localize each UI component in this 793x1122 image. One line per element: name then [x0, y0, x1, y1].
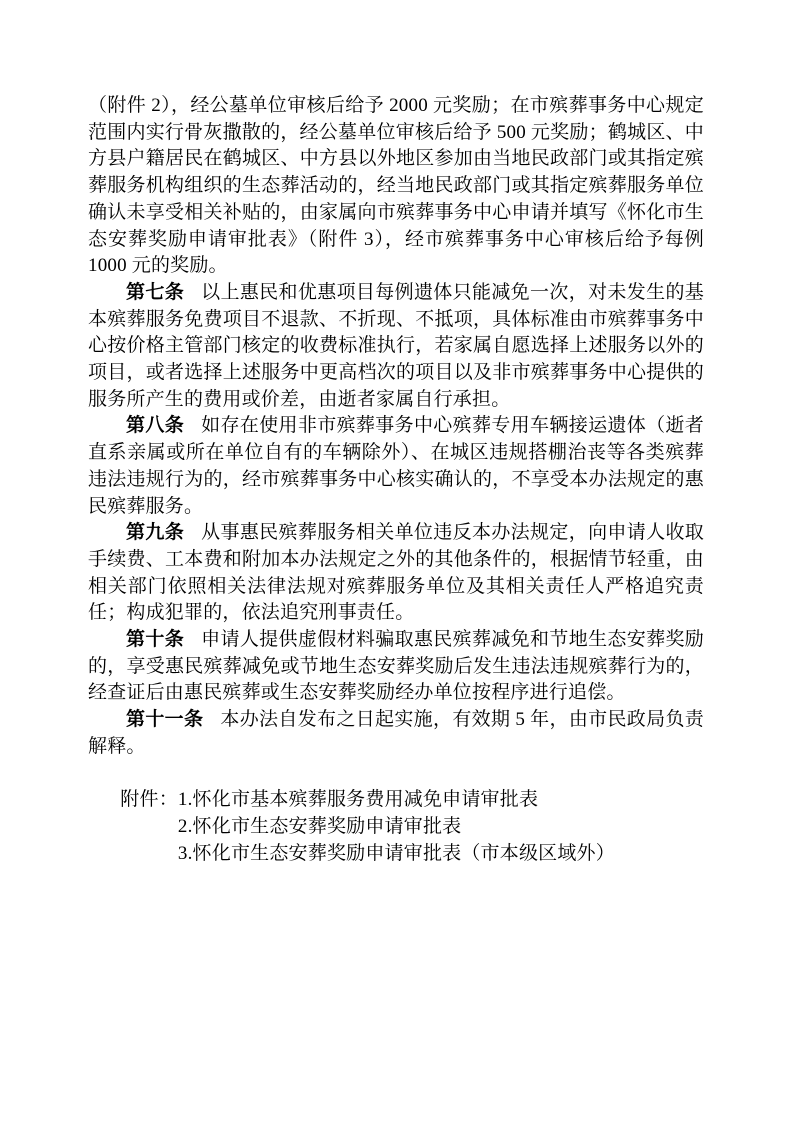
attachment-item: 3.怀化市生态安葬奖励申请审批表（市本级区域外） [178, 841, 615, 868]
document-body: （附件 2），经公墓单位审核后给予 2000 元奖励；在市殡葬事务中心规定范围内… [88, 93, 704, 867]
article-paragraph-10: 第十条申请人提供虚假材料骗取惠民殡葬减免和节地生态安葬奖励的，享受惠民殡葬减免或… [88, 627, 704, 707]
attachments-label: 附件： [120, 787, 178, 814]
continuation-paragraph: （附件 2），经公墓单位审核后给予 2000 元奖励；在市殡葬事务中心规定范围内… [88, 93, 704, 280]
attachments-list: 1.怀化市基本殡葬服务费用减免申请审批表 2.怀化市生态安葬奖励申请审批表 3.… [178, 787, 615, 867]
article-number: 第七条 [126, 282, 184, 303]
article-number: 第九条 [126, 522, 184, 543]
attachment-item: 1.怀化市基本殡葬服务费用减免申请审批表 [178, 787, 615, 814]
paragraph-text: （附件 2），经公墓单位审核后给予 2000 元奖励；在市殡葬事务中心规定范围内… [88, 95, 704, 276]
article-number: 第八条 [126, 415, 184, 436]
article-paragraph-9: 第九条从事惠民殡葬服务相关单位违反本办法规定，向申请人收取手续费、工本费和附加本… [88, 520, 704, 627]
document-page: （附件 2），经公墓单位审核后给予 2000 元奖励；在市殡葬事务中心规定范围内… [0, 0, 793, 1122]
attachments-block: 附件： 1.怀化市基本殡葬服务费用减免申请审批表 2.怀化市生态安葬奖励申请审批… [88, 787, 704, 867]
attachment-item: 2.怀化市生态安葬奖励申请审批表 [178, 814, 615, 841]
article-paragraph-11: 第十一条本办法自发布之日起实施，有效期 5 年，由市民政局负责解释。 [88, 707, 704, 760]
article-number: 第十条 [126, 629, 184, 650]
article-number: 第十一条 [126, 709, 203, 730]
article-paragraph-8: 第八条如存在使用非市殡葬事务中心殡葬专用车辆接运遗体（逝者直系亲属或所在单位自有… [88, 413, 704, 520]
article-paragraph-7: 第七条以上惠民和优惠项目每例遗体只能减免一次，对未发生的基本殡葬服务免费项目不退… [88, 280, 704, 414]
